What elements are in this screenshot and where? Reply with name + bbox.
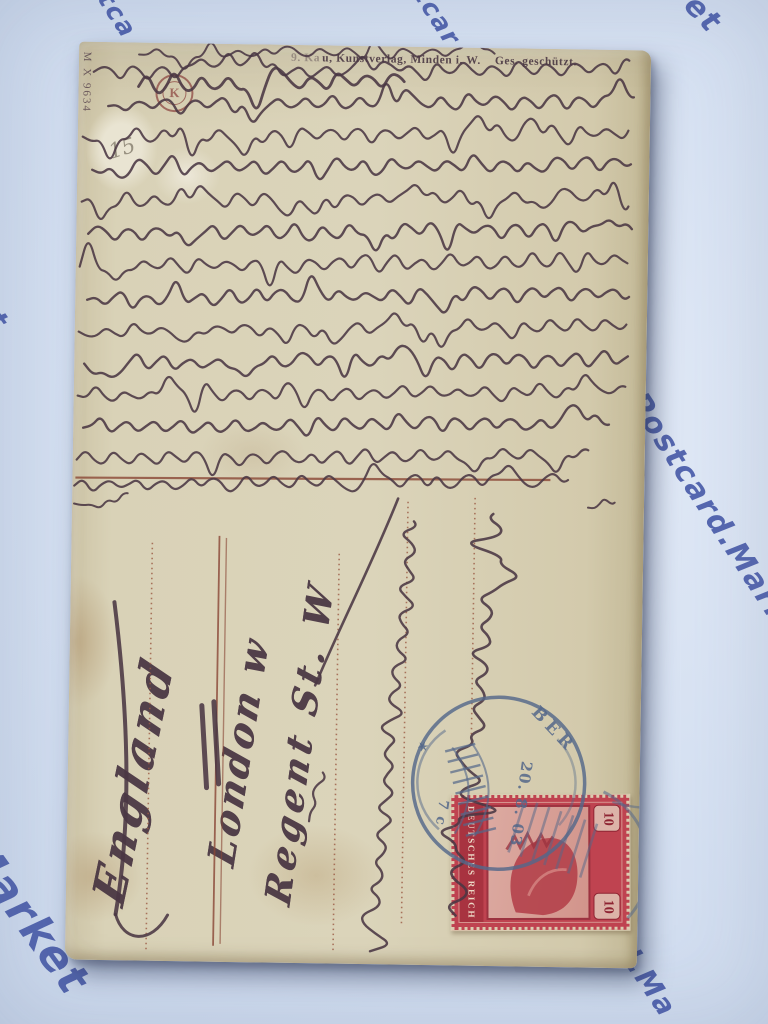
address-flourish bbox=[213, 702, 220, 784]
postmark-bridge-hatch bbox=[448, 754, 478, 762]
address-rule-dotted bbox=[146, 543, 152, 951]
postmark-index: 7 c bbox=[432, 799, 451, 827]
postmark-bridge-hatch bbox=[463, 817, 493, 825]
cancel-hatch bbox=[580, 824, 597, 878]
address-house-number bbox=[309, 772, 325, 821]
address-line-street bbox=[362, 521, 416, 952]
postmark-bridge-hatch bbox=[466, 828, 496, 836]
message-line bbox=[74, 492, 128, 507]
message-line bbox=[588, 499, 615, 508]
photo-scene: tcatcaretPostcard.Marketketd.Marketd.Ma … bbox=[0, 0, 768, 1024]
message-line bbox=[79, 309, 627, 350]
message-line bbox=[77, 367, 625, 418]
message-line bbox=[87, 273, 629, 315]
cancel-arc bbox=[602, 792, 650, 919]
message-line bbox=[76, 441, 588, 481]
message-line bbox=[88, 212, 632, 254]
address-flourish bbox=[315, 497, 398, 686]
message-line bbox=[92, 149, 631, 185]
address-flourish bbox=[201, 706, 208, 788]
address-flourish bbox=[110, 602, 130, 914]
watermark-text: ket bbox=[0, 274, 15, 336]
address-rule-solid bbox=[220, 538, 226, 944]
postmark-town: BER bbox=[527, 702, 580, 757]
watermark-text: tca bbox=[92, 0, 143, 43]
message-line bbox=[83, 398, 609, 441]
watermark-text: et bbox=[677, 0, 729, 40]
message-line bbox=[79, 243, 627, 291]
message-line bbox=[81, 175, 628, 228]
cancel-hatch bbox=[544, 811, 561, 865]
postcard: 9. Kau, Kunstverlag, Minden i. W.Ges. ge… bbox=[65, 42, 651, 969]
watermark-text: tcar bbox=[408, 0, 467, 51]
handwriting-ink-layer: BER20. 8. 037 c✶ bbox=[65, 42, 651, 969]
cancel-mark bbox=[612, 802, 651, 808]
address-rule-dotted bbox=[333, 554, 339, 951]
postmark-date: 20. 8. 03 bbox=[506, 760, 536, 848]
message-line bbox=[108, 71, 634, 127]
address-flourish bbox=[115, 914, 167, 937]
message-line bbox=[82, 110, 628, 167]
